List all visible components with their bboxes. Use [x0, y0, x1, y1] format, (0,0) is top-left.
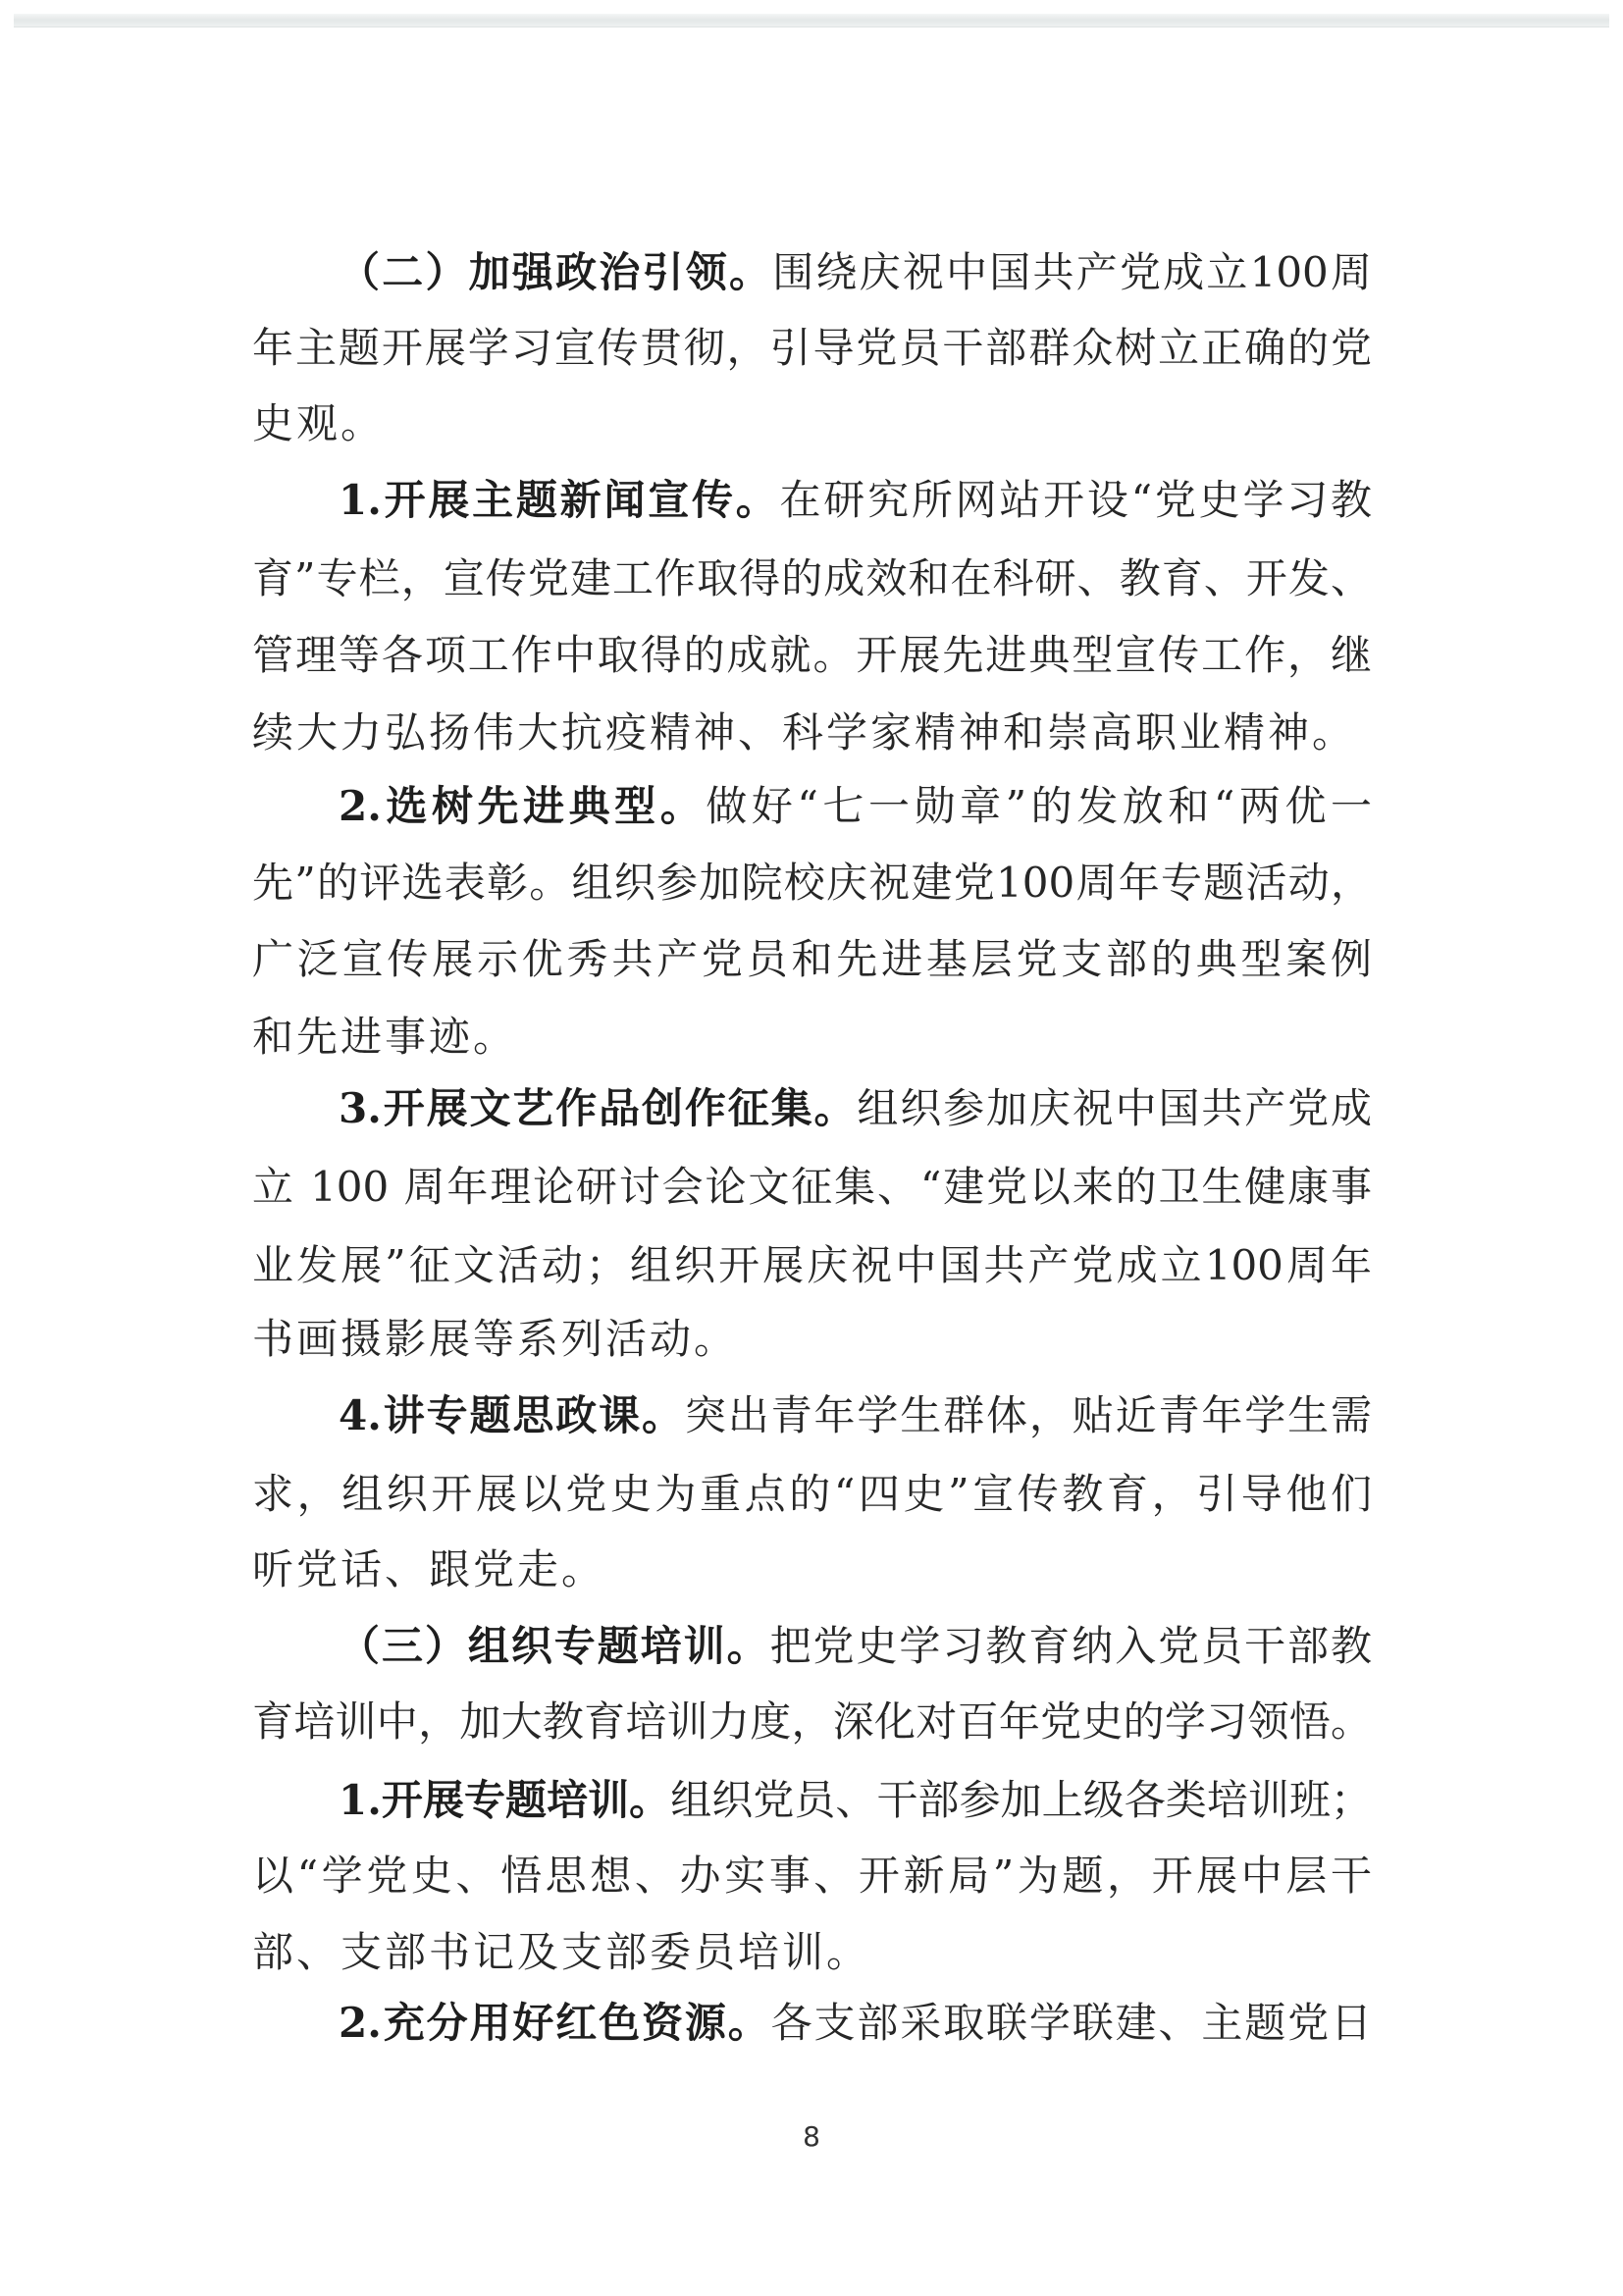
paragraph-text: 各支部采取联学联建、主题党日 [771, 1999, 1372, 2047]
paragraph-line: 听党话、跟党走。 [252, 1540, 1372, 1599]
paragraph-line: 立 100 周年理论研讨会论文征集、“建党以来的卫生健康事 [252, 1158, 1372, 1217]
paragraph-line: 求，组织开展以党史为重点的“四史”宣传教育，引导他们 [252, 1465, 1372, 1524]
item-heading-1-line: 1.开展主题新闻宣传。在研究所网站开设“党史学习教 [339, 471, 1372, 530]
paragraph-line: 书画摄影展等系列活动。 [252, 1310, 1372, 1369]
paragraph-line: 以“学党史、悟思想、办实事、开新局”为题，开展中层干 [252, 1847, 1372, 1905]
paragraph-line: 史观。 [252, 394, 1372, 453]
paragraph-text: 突出青年学生群体，贴近青年学生需 [685, 1391, 1372, 1439]
item-heading-news-publicity: 1.开展主题新闻宣传。 [339, 476, 780, 524]
item-heading-ideology-class: 4.讲专题思政课。 [339, 1391, 685, 1439]
paragraph-text: 做好“七一勋章”的发放和“两优一 [706, 782, 1372, 830]
paragraph-line: 管理等各项工作中取得的成就。开展先进典型宣传工作，继 [252, 626, 1372, 685]
paragraph-text: 在研究所网站开设“党史学习教 [780, 476, 1372, 524]
section-heading-2: （二）加强政治引领。 [339, 248, 772, 296]
document-page: （二）加强政治引领。围绕庆祝中国共产党成立100周 年主题开展学习宣传贯彻，引导… [0, 0, 1623, 2296]
section-heading-3: （三）组织专题培训。 [339, 1622, 770, 1670]
item-heading-4-line: 4.讲专题思政课。突出青年学生群体，贴近青年学生需 [339, 1386, 1372, 1445]
item-heading-advanced-models: 2.选树先进典型。 [339, 782, 706, 830]
item-heading-art-works: 3.开展文艺作品创作征集。 [339, 1084, 857, 1132]
paragraph-line: 部、支部书记及支部委员培训。 [252, 1923, 1372, 1982]
paragraph-text: 组织党员、干部参加上级各类培训班； [670, 1776, 1372, 1824]
item-heading-training-line: 1.开展专题培训。组织党员、干部参加上级各类培训班； [339, 1771, 1372, 1830]
paragraph-line: 业发展”征文活动；组织开展庆祝中国共产党成立100周年 [252, 1236, 1372, 1295]
item-heading-3-line: 3.开展文艺作品创作征集。组织参加庆祝中国共产党成 [339, 1079, 1372, 1138]
paragraph-line: 续大力弘扬伟大抗疫精神、科学家精神和崇高职业精神。 [252, 704, 1372, 762]
item-heading-red-resources-line: 2.充分用好红色资源。各支部采取联学联建、主题党日 [339, 1994, 1372, 2053]
section-heading-3-line: （三）组织专题培训。把党史学习教育纳入党员干部教 [339, 1617, 1372, 1676]
paragraph-text: 把党史学习教育纳入党员干部教 [770, 1622, 1372, 1670]
paragraph-line: 育”专栏，宣传党建工作取得的成效和在科研、教育、开发、 [252, 549, 1372, 608]
item-heading-red-resources: 2.充分用好红色资源。 [339, 1999, 771, 2047]
item-heading-2-line: 2.选树先进典型。做好“七一勋章”的发放和“两优一 [339, 777, 1372, 836]
page-number: 8 [0, 2121, 1623, 2153]
section-heading-2-line: （二）加强政治引领。围绕庆祝中国共产党成立100周 [339, 243, 1372, 302]
paragraph-line: 育培训中，加大教育培训力度，深化对百年党史的学习领悟。 [252, 1693, 1372, 1751]
paragraph-line: 年主题开展学习宣传贯彻，引导党员干部群众树立正确的党 [252, 319, 1372, 378]
paragraph-line: 先”的评选表彰。组织参加院校庆祝建党100周年专题活动， [252, 854, 1372, 913]
paragraph-text: 围绕庆祝中国共产党成立100周 [772, 248, 1372, 296]
paragraph-line: 和先进事迹。 [252, 1008, 1372, 1067]
paragraph-line: 广泛宣传展示优秀共产党员和先进基层党支部的典型案例 [252, 930, 1372, 989]
paragraph-text: 组织参加庆祝中国共产党成 [857, 1084, 1372, 1132]
item-heading-special-training: 1.开展专题培训。 [339, 1776, 670, 1824]
